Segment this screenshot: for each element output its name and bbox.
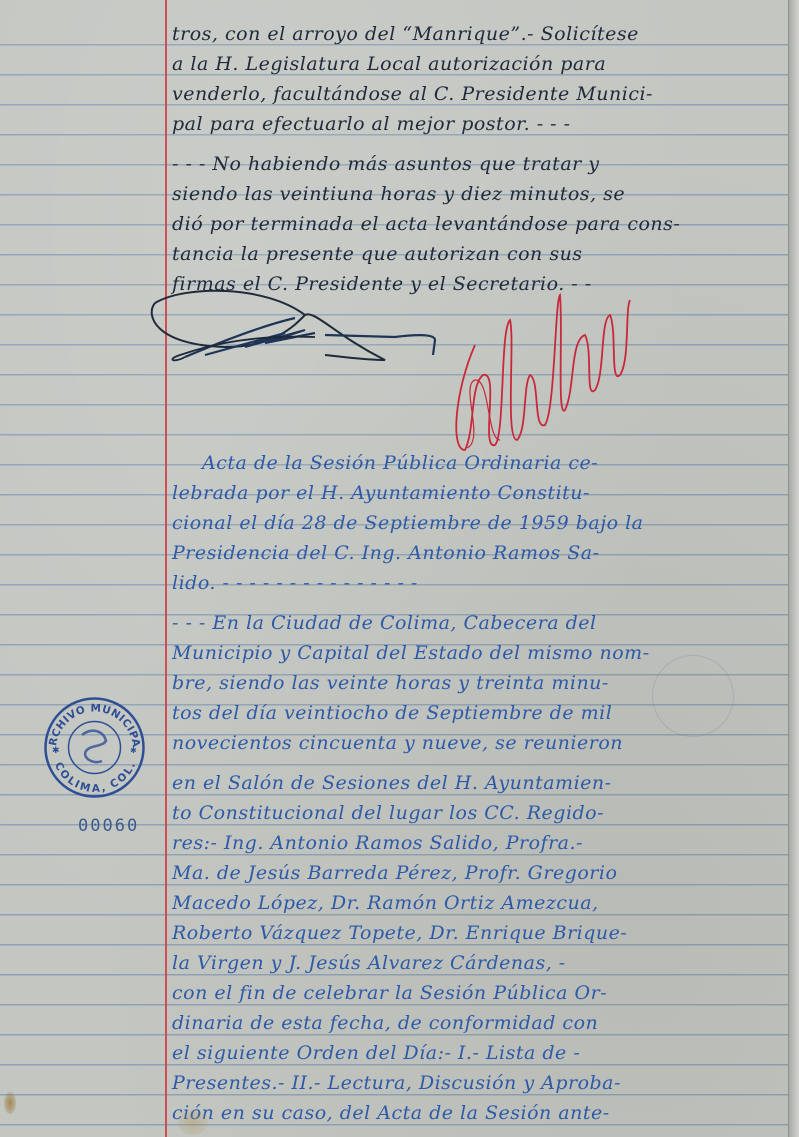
text-line: res:- Ing. Antonio Ramos Salido, Profra.… <box>172 828 583 858</box>
text-line: tos del día veintiocho de Septiembre de … <box>172 698 612 728</box>
stamp-bottom-text: COLIMA, COL. <box>52 760 138 795</box>
minutes-title-line: lido. - - - - - - - - - - - - - - - <box>172 568 418 598</box>
text-line: bre, siendo las veinte horas y treinta m… <box>172 668 609 698</box>
text-line: Presentes.- II.- Lectura, Discusión y Ap… <box>172 1068 621 1098</box>
text-line: ción en su caso, del Acta de la Sesión a… <box>172 1098 610 1128</box>
water-stain <box>4 1092 16 1114</box>
water-stain <box>178 1110 208 1135</box>
stamp-star-icon: ✱ <box>130 746 137 755</box>
text-line: Ma. de Jesús Barreda Pérez, Profr. Grego… <box>172 858 617 888</box>
text-line: a la H. Legislatura Local autorización p… <box>172 49 606 79</box>
red-margin-line <box>165 0 167 1137</box>
page-edge <box>788 0 799 1137</box>
text-line: novecientos cincuenta y nueve, se reunie… <box>172 728 623 758</box>
folio-number: 00060 <box>78 816 139 836</box>
secretary-signature <box>445 290 645 460</box>
archive-stamp: ARCHIVO MUNICIPAL COLIMA, COL. ✱ ✱ <box>42 695 147 800</box>
text-line: pal para efectuarlo al mejor postor. - -… <box>172 109 571 139</box>
text-line: con el fin de celebrar la Sesión Pública… <box>172 978 607 1008</box>
svg-text:COLIMA, COL.: COLIMA, COL. <box>52 760 138 795</box>
stamp-star-icon: ✱ <box>52 746 60 756</box>
faint-stamp-impression <box>652 655 734 737</box>
text-line: la Virgen y J. Jesús Alvarez Cárdenas, - <box>172 948 566 978</box>
text-line: siendo las veintiuna horas y diez minuto… <box>172 179 625 209</box>
text-line: - - - No habiendo más asuntos que tratar… <box>172 149 600 179</box>
minutes-title-line: lebrada por el H. Ayuntamiento Constitu- <box>172 478 590 508</box>
president-signature <box>145 285 445 375</box>
text-line: - - - En la Ciudad de Colima, Cabecera d… <box>172 608 597 638</box>
text-line: Roberto Vázquez Topete, Dr. Enrique Briq… <box>172 918 627 948</box>
text-line: tancia la presente que autorizan con sus <box>172 239 583 269</box>
text-line: Municipio y Capital del Estado del mismo… <box>172 638 650 668</box>
minutes-title-line: Acta de la Sesión Pública Ordinaria ce- <box>172 448 598 478</box>
text-line: Macedo López, Dr. Ramón Ortiz Amezcua, <box>172 888 599 918</box>
minutes-title-line: Presidencia del C. Ing. Antonio Ramos Sa… <box>172 538 600 568</box>
text-line: el siguiente Orden del Día:- I.- Lista d… <box>172 1038 580 1068</box>
document-page: tros, con el arroyo del “Manrique”.- Sol… <box>0 0 799 1137</box>
text-line: dió por terminada el acta levantándose p… <box>172 209 680 239</box>
text-line: to Constitucional del lugar los CC. Regi… <box>172 798 604 828</box>
text-line: en el Salón de Sesiones del H. Ayuntamie… <box>172 768 612 798</box>
text-line: dinaria de esta fecha, de conformidad co… <box>172 1008 598 1038</box>
text-line: venderlo, facultándose al C. Presidente … <box>172 79 653 109</box>
text-line: tros, con el arroyo del “Manrique”.- Sol… <box>172 19 639 49</box>
minutes-title-line: cional el día 28 de Septiembre de 1959 b… <box>172 508 644 538</box>
